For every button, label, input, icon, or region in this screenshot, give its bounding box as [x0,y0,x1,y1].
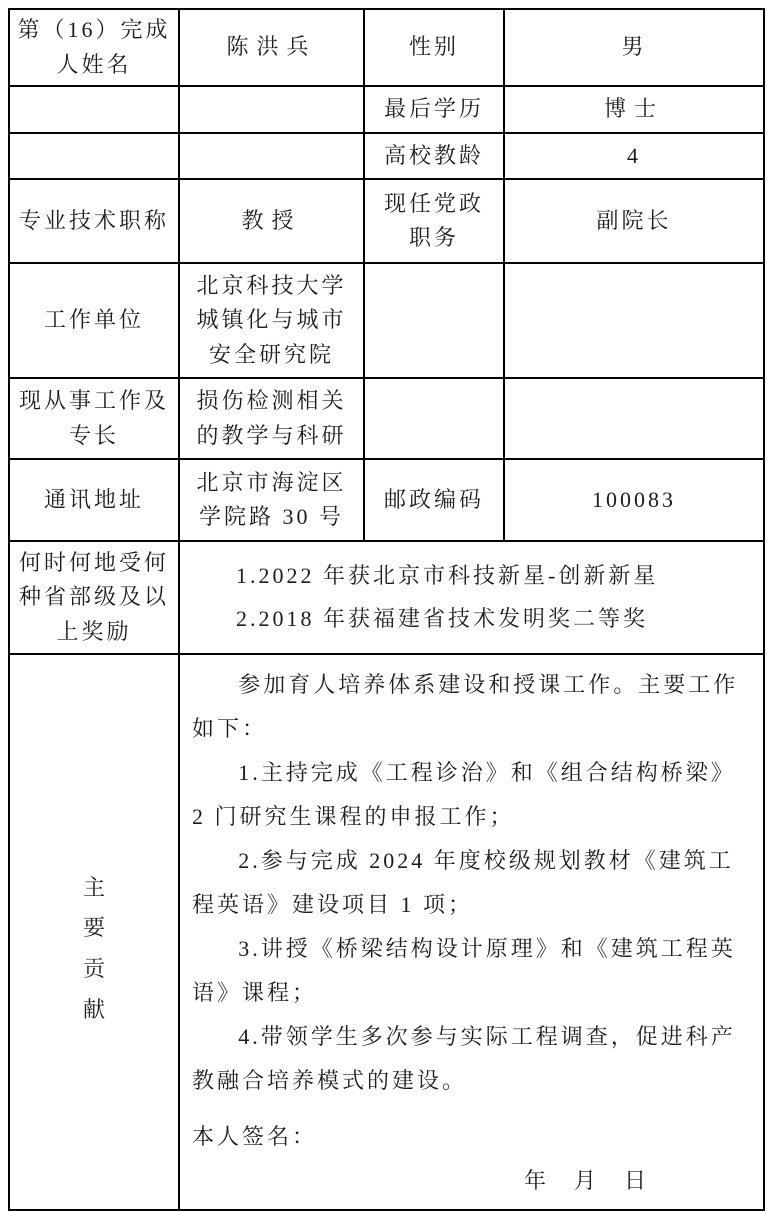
empty-cell [504,378,764,459]
completer-name-label-cell: 第（16）完成 人姓名 [9,9,179,86]
contribution-paragraph: 1.主持完成《工程诊治》和《组合结构桥梁》2 门研究生课程的申报工作； [192,751,749,839]
party-position-value-cell: 副院长 [504,179,764,263]
row-last-degree: 最后学历 博士 [9,86,764,133]
contribution-paragraph: 参加育人培养体系建设和授课工作。主要工作如下： [192,663,749,751]
empty-cell [179,86,364,133]
awards-label-cell: 何时何地受何 种省部级及以 上奖励 [9,541,179,654]
empty-cell [9,133,179,179]
work-unit-label-cell: 工作单位 [9,263,179,378]
awards-value-cell: 1.2022 年获北京市科技新星-创新新星 2.2018 年获福建省技术发明奖二… [179,541,764,654]
gender-value-cell: 男 [504,9,764,86]
postal-code-label-cell: 邮政编码 [364,459,504,541]
row-awards: 何时何地受何 种省部级及以 上奖励 1.2022 年获北京市科技新星-创新新星 … [9,541,764,654]
professional-title-value-cell: 教授 [179,179,364,263]
personnel-info-form-table: 第（16）完成 人姓名 陈洪兵 性别 男 最后学历 博士 高校教龄 4 专业技术… [8,8,765,1211]
contribution-paragraph: 4.带领学生多次参与实际工程调查，促进科产教融合培养模式的建设。 [192,1015,749,1103]
row-address-postcode: 通讯地址 北京市海淀区 学院路 30 号 邮政编码 100083 [9,459,764,541]
professional-title-label-cell: 专业技术职称 [9,179,179,263]
party-position-label-cell: 现任党政 职务 [364,179,504,263]
main-contribution-label-cell: 主要贡献 [9,654,179,1210]
contribution-paragraph: 2.参与完成 2024 年度校级规划教材《建筑工程英语》建设项目 1 项； [192,839,749,927]
row-work-unit: 工作单位 北京科技大学 城镇化与城市 安全研究院 [9,263,764,378]
last-degree-value-cell: 博士 [504,86,764,133]
mailing-address-value-cell: 北京市海淀区 学院路 30 号 [179,459,364,541]
teaching-years-label-cell: 高校教龄 [364,133,504,179]
teaching-years-value-cell: 4 [504,133,764,179]
current-work-value-cell: 损伤检测相关 的教学与科研 [179,378,364,459]
last-degree-label-cell: 最后学历 [364,86,504,133]
empty-cell [9,86,179,133]
main-contribution-label: 主要贡献 [82,868,107,1031]
row-main-contribution: 主要贡献 参加育人培养体系建设和授课工作。主要工作如下： 1.主持完成《工程诊治… [9,654,764,1210]
mailing-address-label-cell: 通讯地址 [9,459,179,541]
postal-code-value-cell: 100083 [504,459,764,541]
award-line: 1.2022 年获北京市科技新星-创新新星 [236,555,759,598]
row-current-work: 现从事工作及 专长 损伤检测相关 的教学与科研 [9,378,764,459]
gender-label-cell: 性别 [364,9,504,86]
empty-cell [179,133,364,179]
work-unit-value-cell: 北京科技大学 城镇化与城市 安全研究院 [179,263,364,378]
date-line: 年 月 日 [192,1159,749,1203]
contribution-paragraph: 3.讲授《桥梁结构设计原理》和《建筑工程英语》课程； [192,927,749,1015]
empty-cell [364,378,504,459]
main-contribution-value-cell: 参加育人培养体系建设和授课工作。主要工作如下： 1.主持完成《工程诊治》和《组合… [179,654,764,1210]
row-title-position: 专业技术职称 教授 现任党政 职务 副院长 [9,179,764,263]
current-work-label-cell: 现从事工作及 专长 [9,378,179,459]
empty-cell [364,263,504,378]
empty-cell [504,263,764,378]
award-line: 2.2018 年获福建省技术发明奖二等奖 [236,598,759,641]
row-name-gender: 第（16）完成 人姓名 陈洪兵 性别 男 [9,9,764,86]
completer-name-value-cell: 陈洪兵 [179,9,364,86]
signature-line: 本人签名： [192,1115,749,1159]
row-teaching-years: 高校教龄 4 [9,133,764,179]
